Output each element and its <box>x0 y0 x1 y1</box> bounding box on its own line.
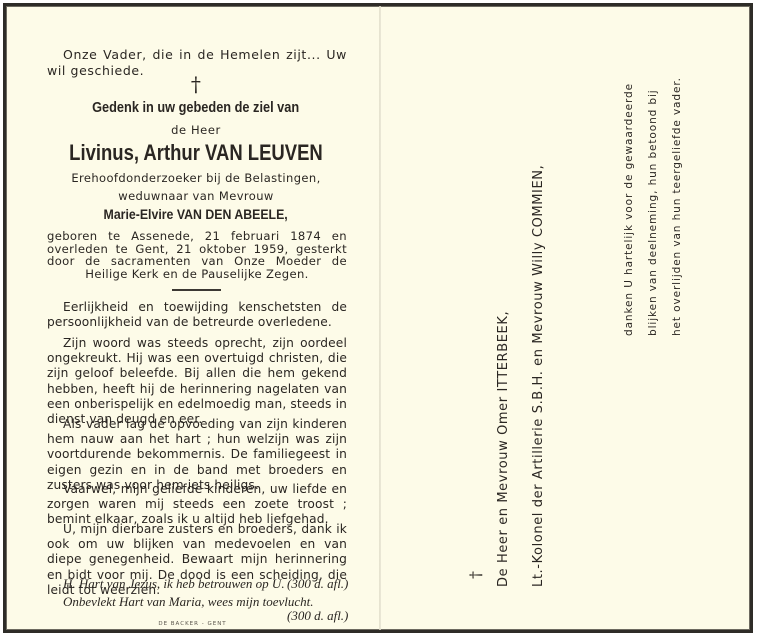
right-panel: † De Heer en Mevrouw Omer ITTERBEEK, Lt.… <box>381 6 750 630</box>
birth-death: geboren te Assenede, 21 februari 1874 en… <box>47 230 347 280</box>
gedenk-heading: Gedenk in uw gebeden de ziel van <box>46 100 346 116</box>
spouse-name-wrap: Marie-Elvire VAN DEN ABEELE, <box>46 206 346 222</box>
thanks-line-2: blijken van deelneming, hun betoond bij <box>647 89 659 336</box>
family-line-1: De Heer en Mevrouw Omer ITTERBEEK, <box>496 311 511 587</box>
family-line-2: Lt.-Kolonel der Artillerie S.B.H. en Mev… <box>531 165 546 587</box>
cross-icon-rotated: † <box>466 570 485 579</box>
widower-of: weduwnaar van Mevrouw <box>46 189 346 203</box>
deceased-name-wrap: Livinus, Arthur VAN LEUVEN <box>26 140 366 166</box>
cross-icon: † <box>46 72 346 96</box>
paragraph-4: Vaarwel, mijn geliefde kinderen, uw lief… <box>47 482 347 528</box>
invocation-1-indulgence: (300 d. afl.) <box>287 576 348 592</box>
thanks-line-3: het overlijden van hun teergeliefde vade… <box>671 77 683 336</box>
gedenk-text: Gedenk in uw gebeden de ziel van <box>92 100 299 116</box>
title-prefix: de Heer <box>46 123 346 137</box>
occupation: Erehoofdonderzoeker bij de Belastingen, <box>46 171 346 185</box>
paragraph-1: Eerlijkheid en toewijding kenschetsten d… <box>47 300 347 330</box>
deceased-name: Livinus, Arthur VAN LEUVEN <box>69 140 323 166</box>
printer-mark: DE BACKER - GENT <box>6 621 379 627</box>
divider <box>172 289 221 291</box>
spouse-name: Marie-Elvire VAN DEN ABEELE, <box>104 206 288 222</box>
left-panel: Onze Vader, die in de Hemelen zijt... Uw… <box>6 6 379 630</box>
invocation-1: H. Hart van Jezus, ik heb betrouwen op U… <box>63 576 285 592</box>
paragraph-2: Zijn woord was steeds oprecht, zijn oord… <box>47 336 347 427</box>
thanks-line-1: danken U hartelijk voor de gewaardeerde <box>623 83 635 336</box>
memorial-card: Onze Vader, die in de Hemelen zijt... Uw… <box>3 3 753 633</box>
invocation-2: Onbevlekt Hart van Maria, wees mijn toev… <box>63 594 314 610</box>
